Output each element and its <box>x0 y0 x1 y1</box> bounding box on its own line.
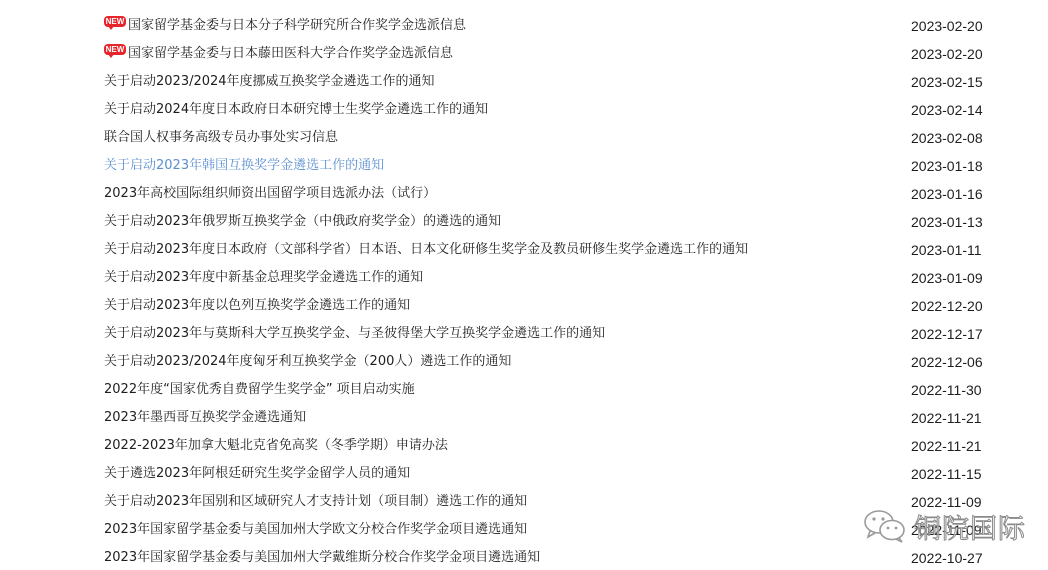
news-item[interactable]: NEW国家留学基金委与日本分子科学研究所合作奖学金选派信息 2023-02-20 <box>104 12 994 40</box>
news-item[interactable]: NEW国家留学基金委与日本藤田医科大学合作奖学金选派信息 2023-02-20 <box>104 40 994 68</box>
news-item[interactable]: 关于启动2023年与莫斯科大学互换奖学金、与圣彼得堡大学互换奖学金遴选工作的通知… <box>104 320 994 348</box>
news-title-link[interactable]: 2022年度“国家优秀自费留学生奖学金” 项目启动实施 <box>104 382 415 397</box>
news-date: 2022-12-06 <box>911 348 983 376</box>
news-date: 2023-01-13 <box>911 208 983 236</box>
news-date: 2022-12-20 <box>911 292 983 320</box>
news-date: 2023-02-08 <box>911 124 983 152</box>
news-item[interactable]: 2023年高校国际组织师资出国留学项目选派办法（试行） 2023-01-16 <box>104 180 994 208</box>
news-item[interactable]: 关于启动2024年度日本政府日本研究博士生奖学金遴选工作的通知 2023-02-… <box>104 96 994 124</box>
news-date: 2022-11-30 <box>911 376 982 404</box>
news-date: 2023-01-18 <box>911 152 983 180</box>
wechat-icon <box>862 508 910 544</box>
news-date: 2022-10-27 <box>911 544 983 570</box>
news-date: 2022-12-17 <box>911 320 983 348</box>
news-title-link[interactable]: 2023年国家留学基金委与美国加州大学戴维斯分校合作奖学金项目遴选通知 <box>104 550 540 565</box>
news-item[interactable]: 关于启动2023/2024年度匈牙利互换奖学金（200人）遴选工作的通知 202… <box>104 348 994 376</box>
news-item[interactable]: 2023年国家留学基金委与美国加州大学戴维斯分校合作奖学金项目遴选通知 2022… <box>104 544 994 570</box>
news-title-link[interactable]: 2023年墨西哥互换奖学金遴选通知 <box>104 410 306 425</box>
news-title-link[interactable]: 2023年国家留学基金委与美国加州大学欧文分校合作奖学金项目遴选通知 <box>104 522 527 537</box>
news-title-link[interactable]: 关于启动2023年与莫斯科大学互换奖学金、与圣彼得堡大学互换奖学金遴选工作的通知 <box>104 326 605 341</box>
news-date: 2022-11-21 <box>911 432 982 460</box>
news-title-link[interactable]: 关于启动2024年度日本政府日本研究博士生奖学金遴选工作的通知 <box>104 102 488 117</box>
news-title-link[interactable]: 关于启动2023/2024年度挪威互换奖学金遴选工作的通知 <box>104 74 435 89</box>
news-item[interactable]: 2022-2023年加拿大魁北克省免高奖（冬季学期）申请办法 2022-11-2… <box>104 432 994 460</box>
news-date: 2023-02-14 <box>911 96 983 124</box>
news-title-link[interactable]: 国家留学基金委与日本分子科学研究所合作奖学金选派信息 <box>128 18 466 33</box>
news-item[interactable]: 2022年度“国家优秀自费留学生奖学金” 项目启动实施 2022-11-30 <box>104 376 994 404</box>
watermark-text: 铜院国际 <box>914 507 1026 546</box>
news-item[interactable]: 关于启动2023年国别和区域研究人才支持计划（项目制）遴选工作的通知 2022-… <box>104 488 994 516</box>
news-item[interactable]: 关于遴选2023年阿根廷研究生奖学金留学人员的通知 2022-11-15 <box>104 460 994 488</box>
new-badge-icon: NEW <box>104 44 126 55</box>
news-title-link[interactable]: 关于启动2023年俄罗斯互换奖学金（中俄政府奖学金）的遴选的通知 <box>104 214 501 229</box>
news-date: 2023-02-20 <box>911 12 983 40</box>
news-date: 2023-02-20 <box>911 40 983 68</box>
news-title-link[interactable]: 联合国人权事务高级专员办事处实习信息 <box>104 130 338 145</box>
news-title-link[interactable]: 关于启动2023年韩国互换奖学金遴选工作的通知 <box>104 158 384 173</box>
news-title-link[interactable]: 2023年高校国际组织师资出国留学项目选派办法（试行） <box>104 186 436 201</box>
news-title-link[interactable]: 关于启动2023年度中新基金总理奖学金遴选工作的通知 <box>104 270 423 285</box>
news-date: 2023-01-09 <box>911 264 983 292</box>
news-item[interactable]: 关于启动2023年俄罗斯互换奖学金（中俄政府奖学金）的遴选的通知 2023-01… <box>104 208 994 236</box>
news-title-link[interactable]: 关于启动2023年度日本政府（文部科学省）日本语、日本文化研修生奖学金及教员研修… <box>104 242 748 257</box>
news-item-active[interactable]: 关于启动2023年韩国互换奖学金遴选工作的通知 2023-01-18 <box>104 152 994 180</box>
news-date: 2023-01-16 <box>911 180 983 208</box>
news-title-link[interactable]: 关于启动2023年度以色列互换奖学金遴选工作的通知 <box>104 298 410 313</box>
news-item[interactable]: 关于启动2023/2024年度挪威互换奖学金遴选工作的通知 2023-02-15 <box>104 68 994 96</box>
news-date: 2022-11-15 <box>911 460 982 488</box>
news-item[interactable]: 联合国人权事务高级专员办事处实习信息 2023-02-08 <box>104 124 994 152</box>
news-item[interactable]: 关于启动2023年度日本政府（文部科学省）日本语、日本文化研修生奖学金及教员研修… <box>104 236 994 264</box>
news-title-link[interactable]: 2022-2023年加拿大魁北克省免高奖（冬季学期）申请办法 <box>104 438 448 453</box>
news-date: 2023-02-15 <box>911 68 983 96</box>
news-item[interactable]: 关于启动2023年度中新基金总理奖学金遴选工作的通知 2023-01-09 <box>104 264 994 292</box>
news-item[interactable]: 2023年墨西哥互换奖学金遴选通知 2022-11-21 <box>104 404 994 432</box>
news-item[interactable]: 关于启动2023年度以色列互换奖学金遴选工作的通知 2022-12-20 <box>104 292 994 320</box>
new-badge-icon: NEW <box>104 16 126 27</box>
news-title-link[interactable]: 关于启动2023年国别和区域研究人才支持计划（项目制）遴选工作的通知 <box>104 494 527 509</box>
news-list: NEW国家留学基金委与日本分子科学研究所合作奖学金选派信息 2023-02-20… <box>104 12 994 570</box>
news-title-link[interactable]: 国家留学基金委与日本藤田医科大学合作奖学金选派信息 <box>128 46 453 61</box>
news-date: 2022-11-21 <box>911 404 982 432</box>
watermark: 铜院国际 <box>862 506 1026 546</box>
news-item[interactable]: 2023年国家留学基金委与美国加州大学欧文分校合作奖学金项目遴选通知 2022-… <box>104 516 994 544</box>
news-date: 2023-01-11 <box>911 236 982 264</box>
news-title-link[interactable]: 关于启动2023/2024年度匈牙利互换奖学金（200人）遴选工作的通知 <box>104 354 511 369</box>
news-title-link[interactable]: 关于遴选2023年阿根廷研究生奖学金留学人员的通知 <box>104 466 410 481</box>
